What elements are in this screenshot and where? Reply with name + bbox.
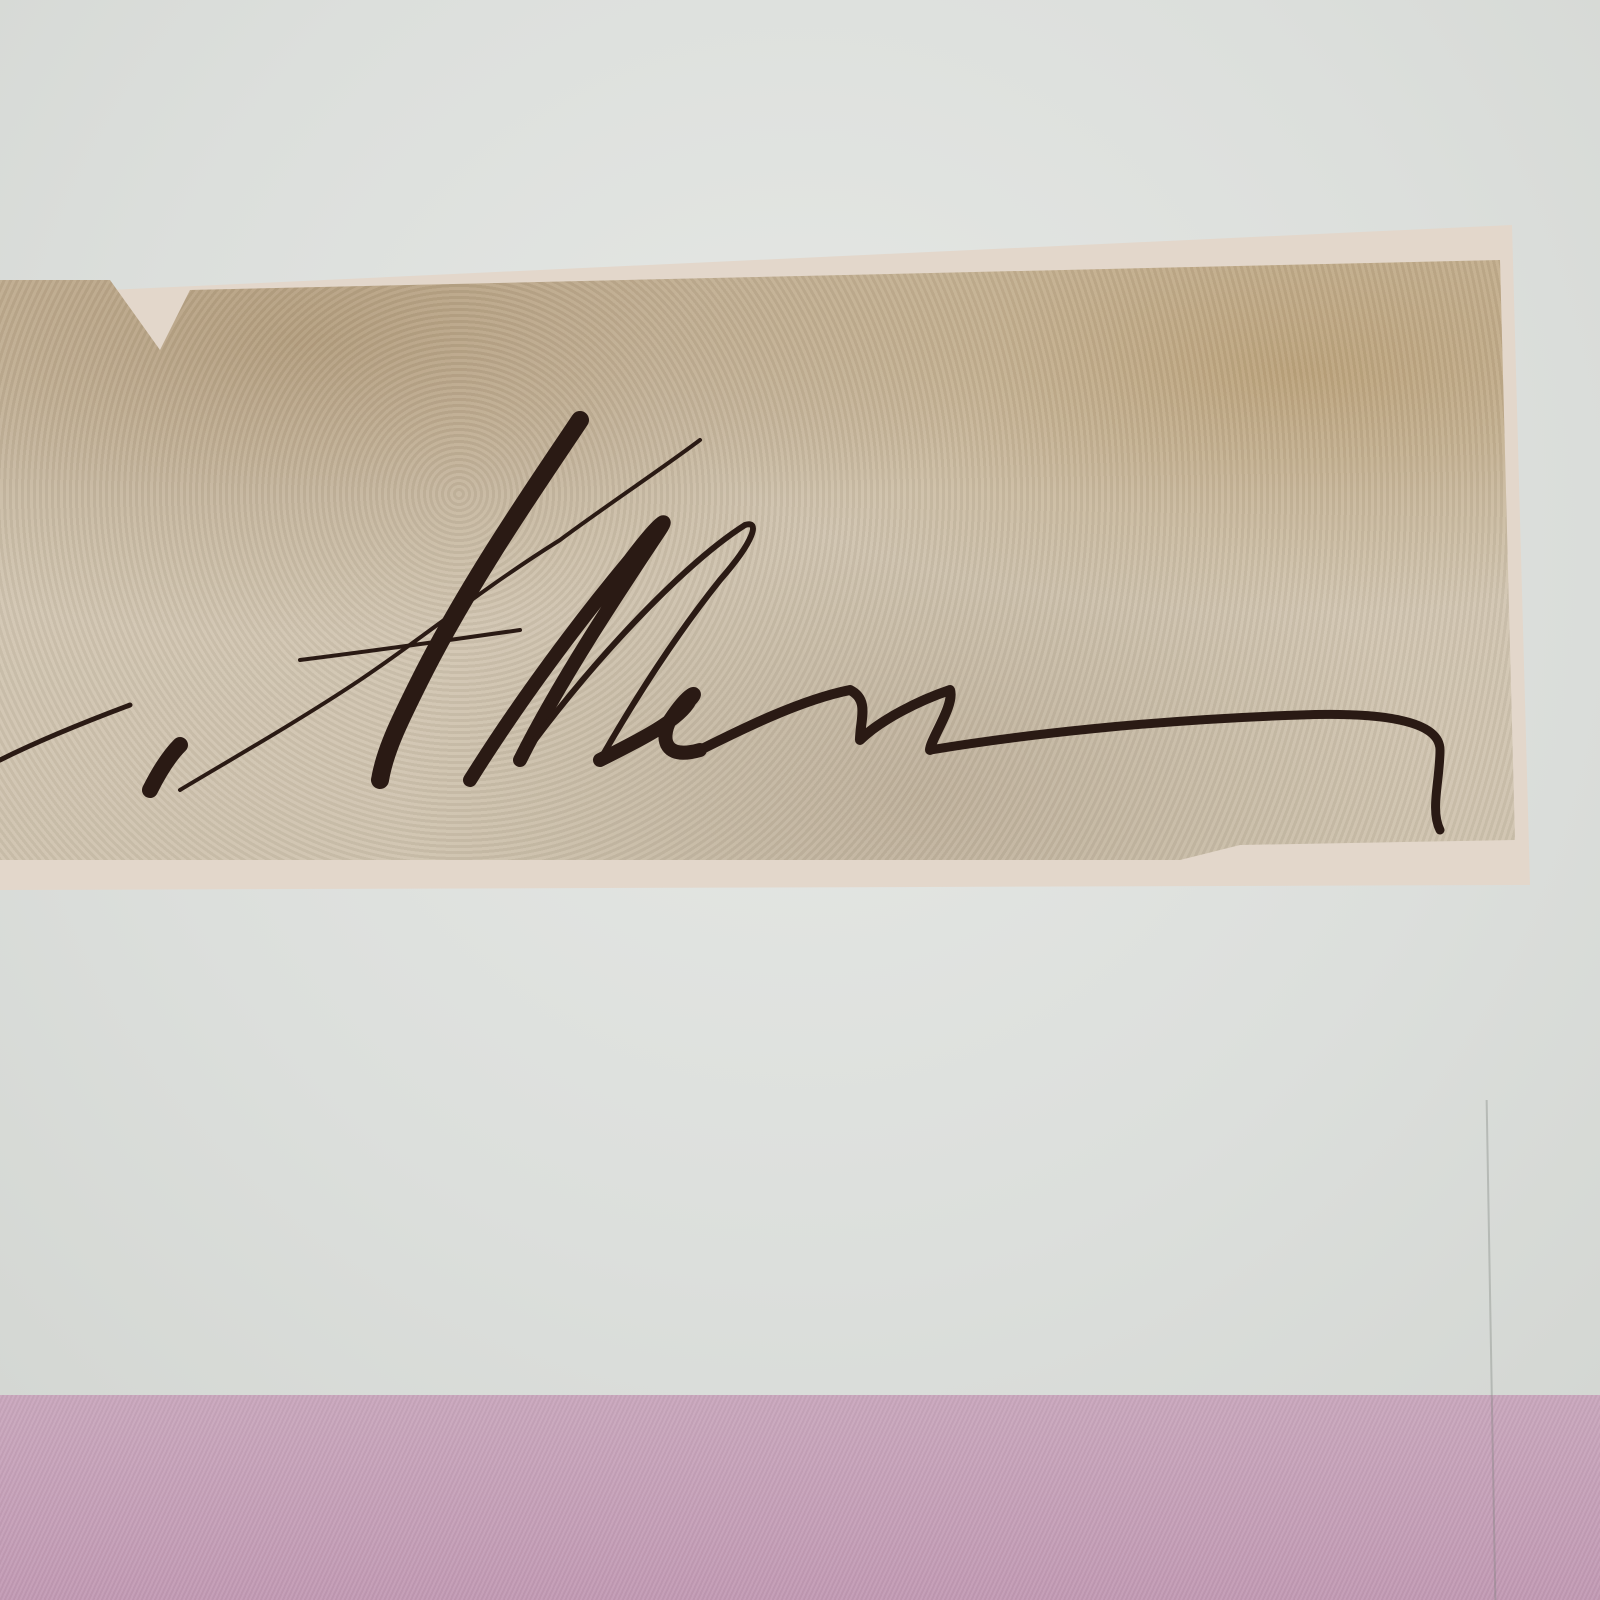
- signature-ink: [0, 0, 1600, 1600]
